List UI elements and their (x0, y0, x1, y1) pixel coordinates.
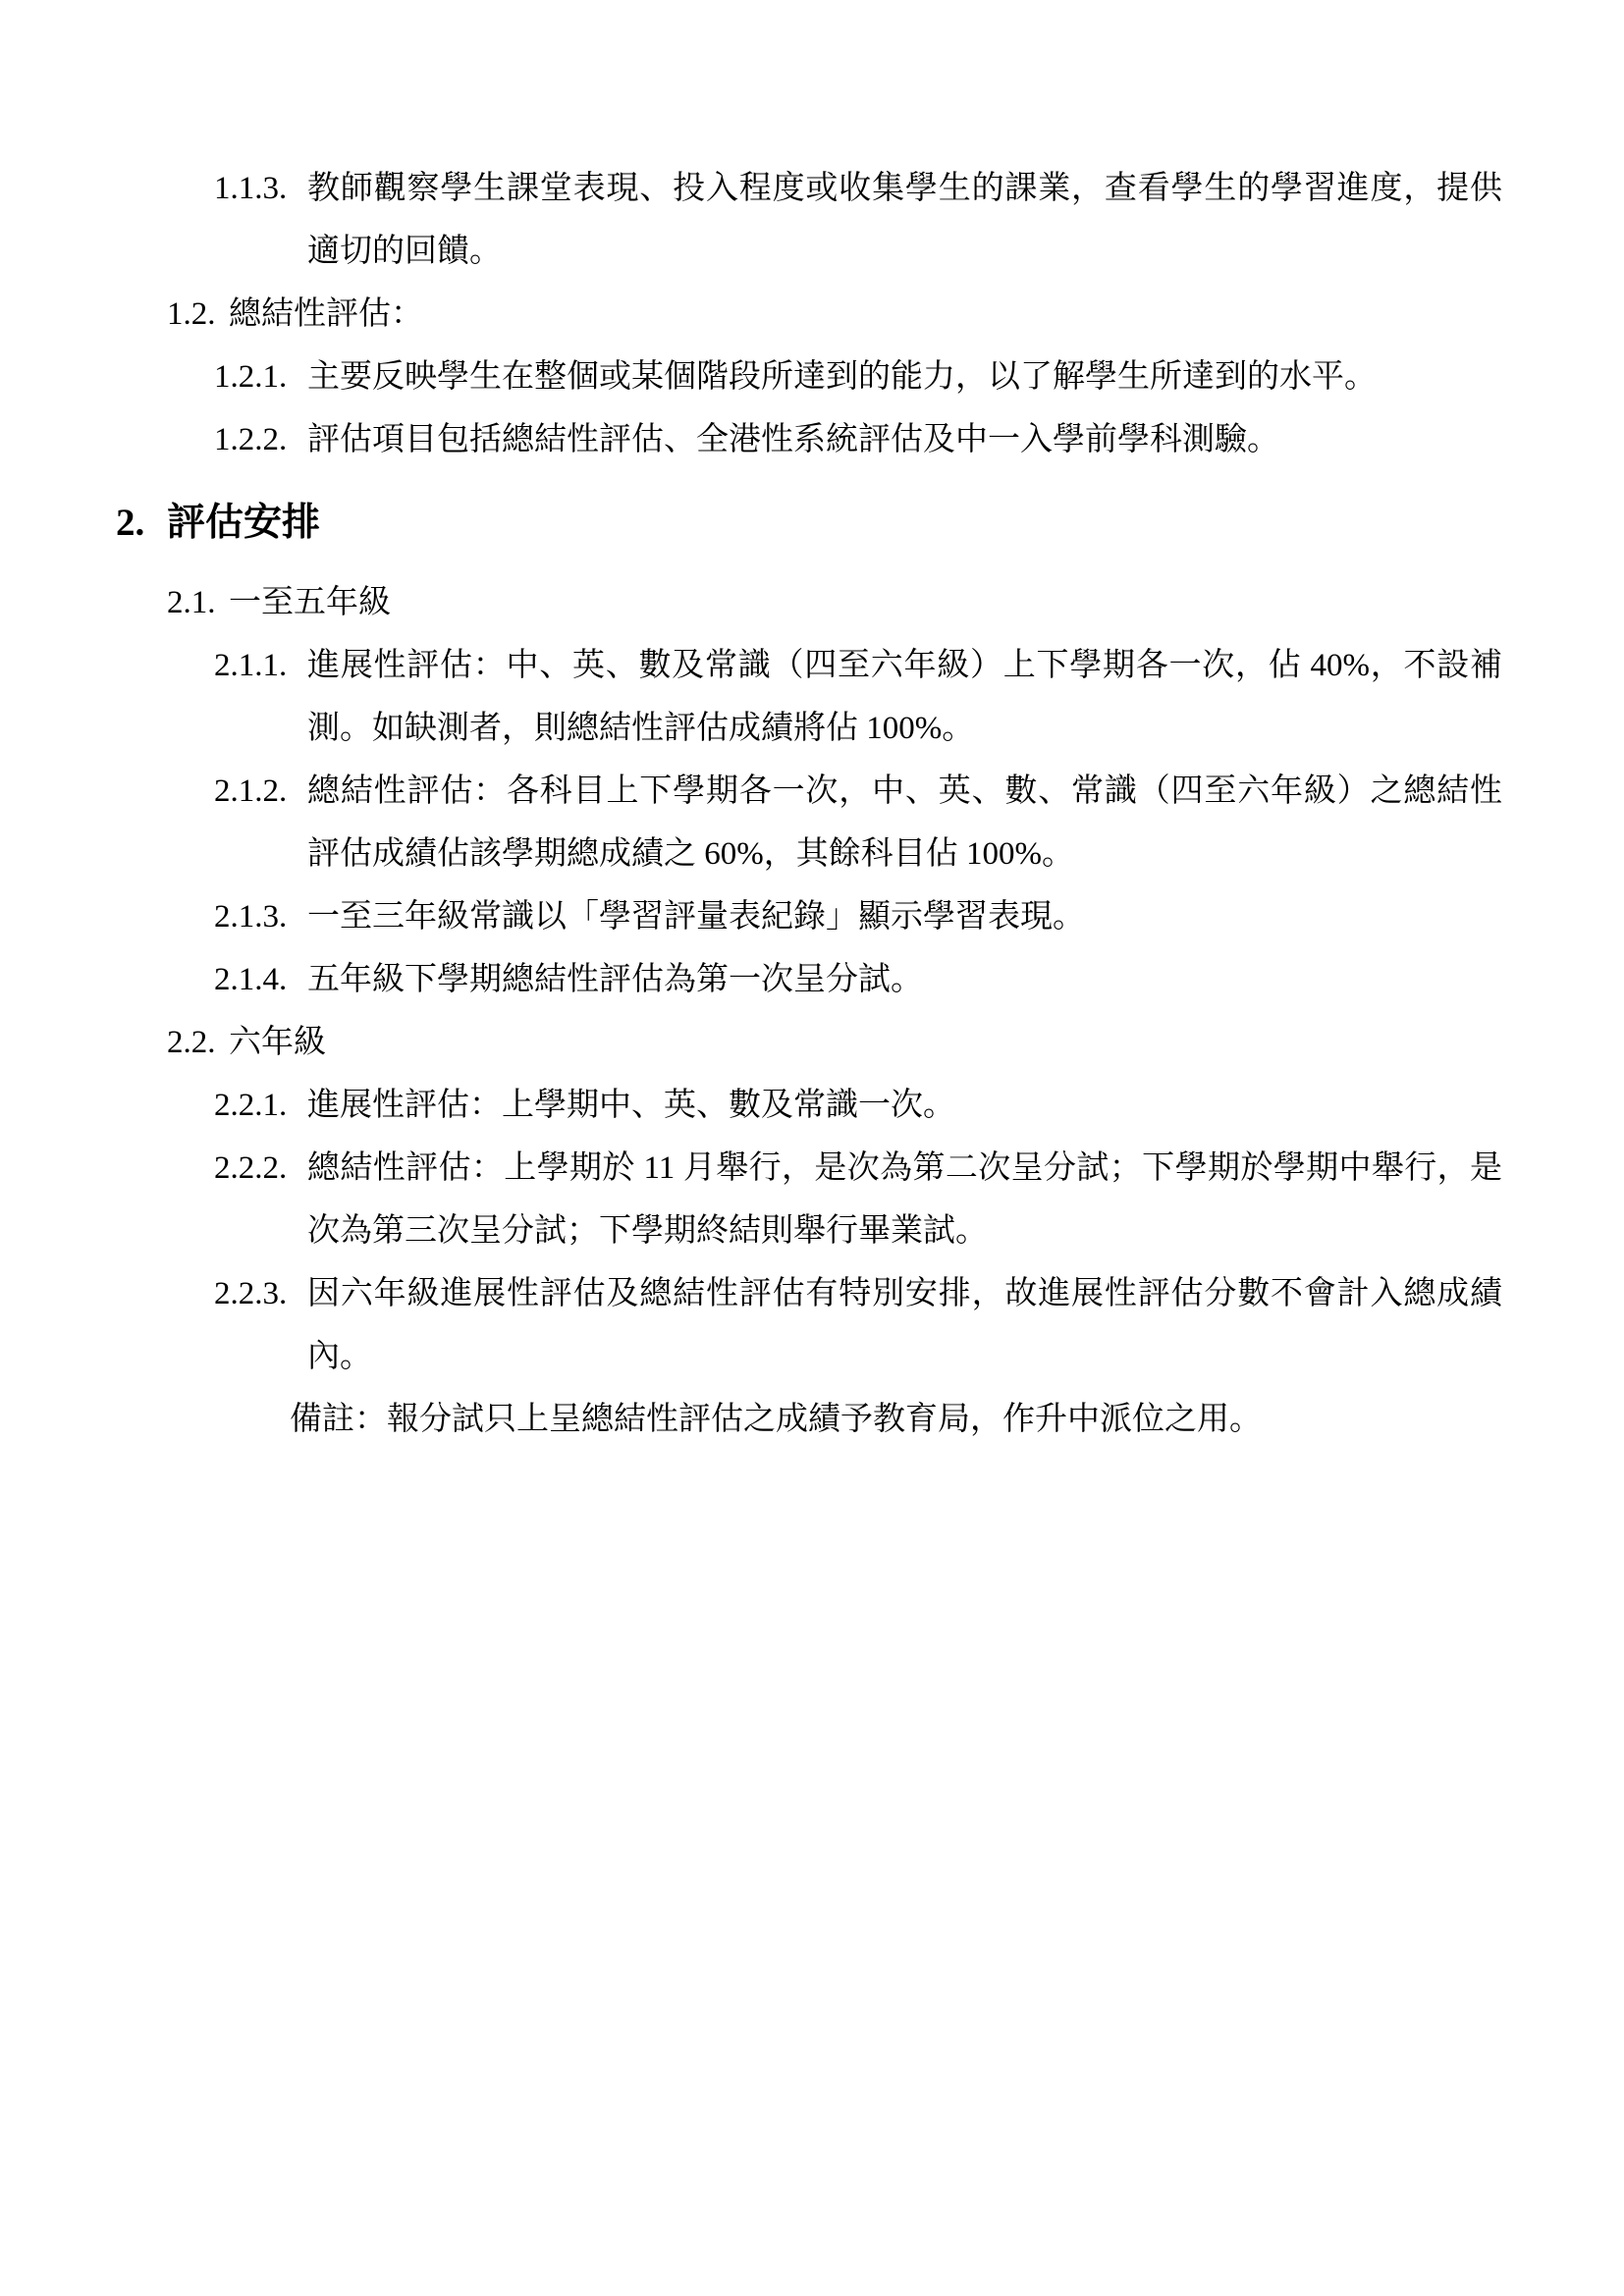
heading-number: 2. (116, 489, 144, 558)
heading-text: 評估安排 (167, 489, 1624, 558)
item-1-1-3: 1.1.3. 教師觀察學生課堂表現、投入程度或收集學生的課業，查看學生的學習進度… (214, 157, 1624, 283)
document-page: 1.1.3. 教師觀察學生課堂表現、投入程度或收集學生的課業，查看學生的學習進度… (0, 0, 1624, 2296)
item-text: 五年級下學期總結性評估為第一次呈分試。 (307, 948, 1502, 1011)
remark-note: 備註：報分試只上呈總結性評估之成績予教育局，作升中派位之用。 (290, 1388, 1624, 1451)
item-number: 2.1.3. (214, 885, 287, 948)
section-heading-2: 2. 評估安排 (116, 489, 1624, 558)
item-text: 評估項目包括總結性評估、全港性系統評估及中一入學前學科測驗。 (307, 408, 1502, 471)
item-text: 進展性評估：中、英、數及常識（四至六年級）上下學期各一次，佔 40%，不設補測。… (307, 634, 1502, 760)
item-text: 總結性評估：上學期於 11 月舉行，是次為第二次呈分試；下學期於學期中舉行，是次… (307, 1137, 1502, 1262)
item-text: 六年級 (229, 1011, 1502, 1074)
item-2-1-3: 2.1.3. 一至三年級常識以「學習評量表紀錄」顯示學習表現。 (214, 885, 1624, 948)
item-text: 總結性評估：各科目上下學期各一次，中、英、數、常識（四至六年級）之總結性評估成績… (307, 760, 1502, 885)
document-content: 1.1.3. 教師觀察學生課堂表現、投入程度或收集學生的課業，查看學生的學習進度… (0, 157, 1624, 1451)
item-text: 一至三年級常識以「學習評量表紀錄」顯示學習表現。 (307, 885, 1502, 948)
item-2-1: 2.1. 一至五年級 (167, 571, 1624, 634)
item-number: 1.2.1. (214, 346, 287, 408)
item-2-1-2: 2.1.2. 總結性評估：各科目上下學期各一次，中、英、數、常識（四至六年級）之… (214, 760, 1624, 885)
note-text: 備註：報分試只上呈總結性評估之成績予教育局，作升中派位之用。 (290, 1388, 1502, 1451)
item-1-2-1: 1.2.1. 主要反映學生在整個或某個階段所達到的能力，以了解學生所達到的水平。 (214, 346, 1624, 408)
item-2-2-1: 2.2.1. 進展性評估：上學期中、英、數及常識一次。 (214, 1074, 1624, 1137)
item-number: 1.2.2. (214, 408, 287, 471)
item-text: 一至五年級 (229, 571, 1502, 634)
item-2-2-2: 2.2.2. 總結性評估：上學期於 11 月舉行，是次為第二次呈分試；下學期於學… (214, 1137, 1624, 1262)
item-number: 2.2. (167, 1011, 216, 1074)
item-number: 1.2. (167, 283, 216, 346)
item-number: 2.2.1. (214, 1074, 287, 1137)
item-1-2: 1.2. 總結性評估： (167, 283, 1624, 346)
item-number: 2.1.4. (214, 948, 287, 1011)
item-number: 2.1.2. (214, 760, 287, 823)
item-text: 主要反映學生在整個或某個階段所達到的能力，以了解學生所達到的水平。 (307, 346, 1502, 408)
item-number: 2.1. (167, 571, 216, 634)
item-2-2-3: 2.2.3. 因六年級進展性評估及總結性評估有特別安排，故進展性評估分數不會計入… (214, 1262, 1624, 1388)
item-2-1-1: 2.1.1. 進展性評估：中、英、數及常識（四至六年級）上下學期各一次，佔 40… (214, 634, 1624, 760)
item-number: 1.1.3. (214, 157, 287, 220)
item-text: 總結性評估： (229, 283, 1502, 346)
item-2-1-4: 2.1.4. 五年級下學期總結性評估為第一次呈分試。 (214, 948, 1624, 1011)
item-number: 2.1.1. (214, 634, 287, 697)
item-number: 2.2.3. (214, 1262, 287, 1325)
item-number: 2.2.2. (214, 1137, 287, 1200)
item-text: 因六年級進展性評估及總結性評估有特別安排，故進展性評估分數不會計入總成績內。 (307, 1262, 1502, 1388)
item-text: 進展性評估：上學期中、英、數及常識一次。 (307, 1074, 1502, 1137)
item-1-2-2: 1.2.2. 評估項目包括總結性評估、全港性系統評估及中一入學前學科測驗。 (214, 408, 1624, 471)
item-text: 教師觀察學生課堂表現、投入程度或收集學生的課業，查看學生的學習進度，提供適切的回… (307, 157, 1502, 283)
item-2-2: 2.2. 六年級 (167, 1011, 1624, 1074)
